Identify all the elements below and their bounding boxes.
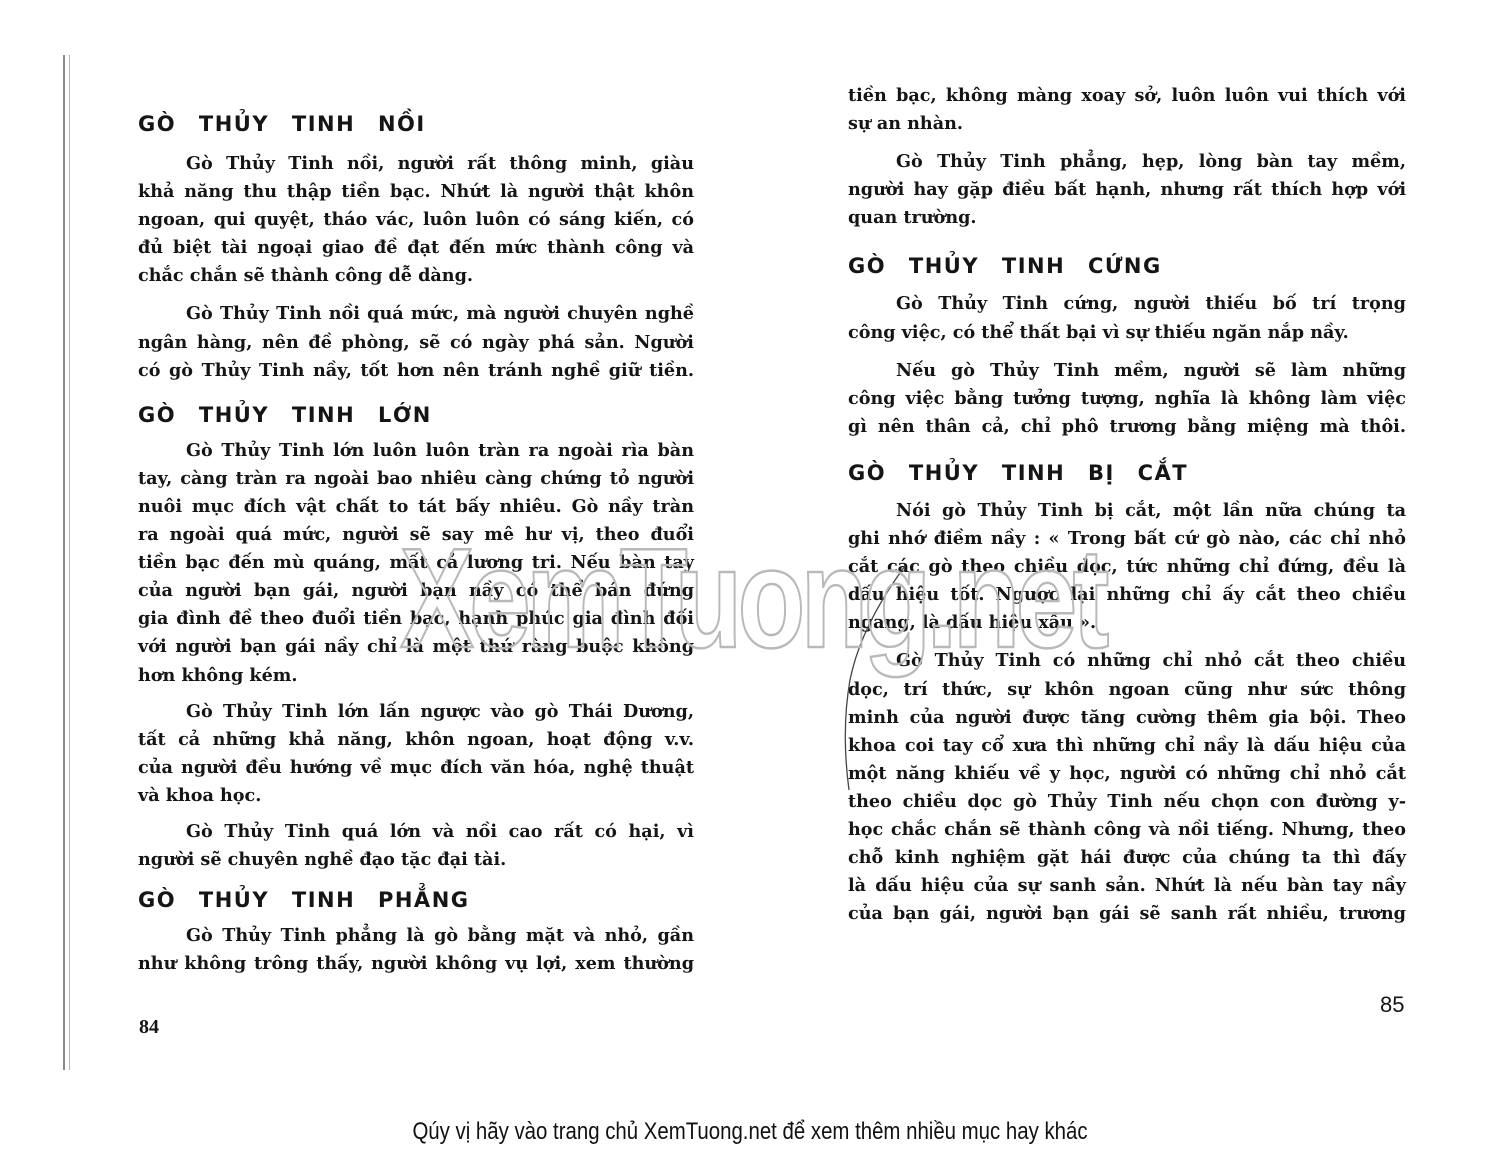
text-line: học chắc chắn sẽ thành công và nồi tiếng… (848, 816, 1406, 844)
page-number-left: 84 (139, 1016, 159, 1039)
paragraph: Gò Thủy Tinh phẳng là gò bằng mặt và nhỏ… (138, 922, 694, 978)
text-line: như không trông thấy, người không vụ lợi… (138, 950, 694, 978)
text-line: của bạn gái, người bạn gái sẽ sanh rất n… (848, 900, 1406, 928)
section-heading: GÒ THỦY TINH PHẲNG (138, 888, 694, 912)
paragraph: Gò Thủy Tinh nồi, người rất thông minh, … (138, 150, 694, 290)
paragraph: Gò Thủy Tinh cứng, người thiếu bố trí tr… (848, 290, 1406, 346)
text-line: dấu hiệu tốt. Ngược lại những chỉ ấy cắt… (848, 581, 1406, 609)
text-line: của người bạn gái, người bạn nầy có thể … (138, 577, 694, 605)
text-line: công việc bằng tưởng tượng, nghĩa là khô… (848, 385, 1406, 413)
paragraph: Gò Thủy Tinh có những chỉ nhỏ cắt theo c… (848, 647, 1406, 928)
text-line: có gò Thủy Tinh nầy, tốt hơn nên tránh n… (138, 357, 694, 385)
text-line: Gò Thủy Tinh cứng, người thiếu bố trí tr… (848, 290, 1406, 318)
text-line: minh của người được tăng cường thêm gia … (848, 704, 1406, 732)
text-line: hơn không kém. (138, 662, 694, 690)
text-line: là dấu hiệu của sự sanh sản. Nhứt là nếu… (848, 872, 1406, 900)
paragraph: Nếu gò Thủy Tinh mềm, người sẽ làm những… (848, 357, 1406, 441)
text-line: Gò Thủy Tinh phẳng, hẹp, lòng bàn tay mề… (848, 148, 1406, 176)
footer-suffix: để xem thêm nhiều mục hay khác (777, 1118, 1088, 1145)
book-spread: GÒ THỦY TINH NỒI Gò Thủy Tinh nồi, người… (0, 0, 1500, 1100)
paragraph: Gò Thủy Tinh lớn lấn ngược vào gò Thái D… (138, 698, 694, 810)
text-line: Gò Thủy Tinh lớn lấn ngược vào gò Thái D… (138, 698, 694, 726)
text-line: Gò Thủy Tinh quá lớn và nồi cao rất có h… (138, 818, 694, 846)
text-line: chỗ kinh nghiệm gặt hái được của chúng t… (848, 844, 1406, 872)
footer-prefix: Qúy vị hãy vào trang chủ (412, 1118, 643, 1145)
text-line: với người bạn gái nầy chỉ là một thứ ràn… (138, 633, 694, 661)
text-line: quan trường. (848, 204, 1406, 232)
paragraph-continuation: tiền bạc, không màng xoay sở, luôn luôn … (848, 82, 1406, 138)
text-line: Gò Thủy Tinh nồi quá mức, mà người chuyê… (138, 300, 694, 328)
text-line: dọc, trí thức, sự khôn ngoan cũng như sứ… (848, 676, 1406, 704)
text-line: người hay gặp điều bất hạnh, nhưng rất t… (848, 176, 1406, 204)
text-line: gì nên thân cả, chỉ phô trương bằng miện… (848, 413, 1406, 441)
text-line: ngang, là dấu hiệu xấu ». (848, 609, 1406, 637)
paragraph: Gò Thủy Tinh quá lớn và nồi cao rất có h… (138, 818, 694, 874)
text-line: Gò Thủy Tinh nồi, người rất thông minh, … (138, 150, 694, 178)
paragraph: Gò Thủy Tinh nồi quá mức, mà người chuyê… (138, 300, 694, 384)
text-line: ra ngoài quá mức, người sẽ say mê hư vị,… (138, 521, 694, 549)
text-line: ghi nhớ điềm nầy : « Trong bất cứ gò nào… (848, 525, 1406, 553)
book-binding-edge (63, 55, 70, 1070)
text-line: Nếu gò Thủy Tinh mềm, người sẽ làm những (848, 357, 1406, 385)
paragraph: Gò Thủy Tinh phẳng, hẹp, lòng bàn tay mề… (848, 148, 1406, 232)
section-heading: GÒ THỦY TINH NỒI (138, 112, 694, 136)
text-line: tiền bạc, không màng xoay sở, luôn luôn … (848, 82, 1406, 110)
section-heading: GÒ THỦY TINH LỚN (138, 403, 694, 427)
text-line: Gò Thủy Tinh phẳng là gò bằng mặt và nhỏ… (138, 922, 694, 950)
page-number-right: 85 (1380, 992, 1404, 1018)
footer-promo: Qúy vị hãy vào trang chủ XemTuong.net để… (113, 1118, 1388, 1146)
section-heading: GÒ THỦY TINH CỨNG (848, 254, 1406, 278)
text-line: tiền bạc đến mù quáng, mất cả lương tri.… (138, 549, 694, 577)
text-line: sự an nhàn. (848, 110, 1406, 138)
text-line: một năng khiếu về y học, người có những … (848, 760, 1406, 788)
text-line: tất cả những khả năng, khôn ngoan, hoạt … (138, 726, 694, 754)
text-line: của người đều hướng về mục đích văn hóa,… (138, 754, 694, 782)
section-heading: GÒ THỦY TINH BỊ CẮT (848, 461, 1406, 485)
text-line: cắt các gò theo chiều dọc, tức những chỉ… (848, 553, 1406, 581)
text-line: và khoa học. (138, 782, 694, 810)
text-line: người sẽ chuyên nghề đạo tặc đại tài. (138, 846, 694, 874)
text-line: công việc, có thể thất bại vì sự thiếu n… (848, 319, 1406, 347)
left-page: GÒ THỦY TINH NỒI Gò Thủy Tinh nồi, người… (138, 98, 694, 978)
text-line: gia đình đề theo đuổi tiền bạc, hạnh phú… (138, 605, 694, 633)
text-line: khoa coi tay cổ xưa thì những chỉ nầy là… (848, 732, 1406, 760)
text-line: ngân hàng, nên đề phòng, sẽ có ngày phá … (138, 329, 694, 357)
text-line: Nói gò Thủy Tinh bị cắt, một lần nữa chú… (848, 497, 1406, 525)
right-page: tiền bạc, không màng xoay sở, luôn luôn … (848, 82, 1406, 928)
text-line: ngoan, qui quyệt, tháo vác, luôn luôn có… (138, 206, 694, 234)
text-line: Gò Thủy Tinh lớn luôn luôn tràn ra ngoài… (138, 437, 694, 465)
text-line: khả năng thu thập tiền bạc. Nhứt là ngườ… (138, 178, 694, 206)
text-line: nuôi mục đích vật chất to tát bấy nhiêu.… (138, 493, 694, 521)
footer-site-link[interactable]: XemTuong.net (644, 1118, 777, 1145)
text-line: Gò Thủy Tinh có những chỉ nhỏ cắt theo c… (848, 647, 1406, 675)
text-line: chắc chắn sẽ thành công dễ dàng. (138, 262, 694, 290)
paragraph: Nói gò Thủy Tinh bị cắt, một lần nữa chú… (848, 497, 1406, 637)
text-line: theo chiều dọc gò Thủy Tinh nếu chọn con… (848, 788, 1406, 816)
text-line: tay, càng tràn ra ngoài bao nhiêu càng c… (138, 465, 694, 493)
paragraph: Gò Thủy Tinh lớn luôn luôn tràn ra ngoài… (138, 437, 694, 690)
text-line: đủ biệt tài ngoại giao đề đạt đến mức th… (138, 234, 694, 262)
